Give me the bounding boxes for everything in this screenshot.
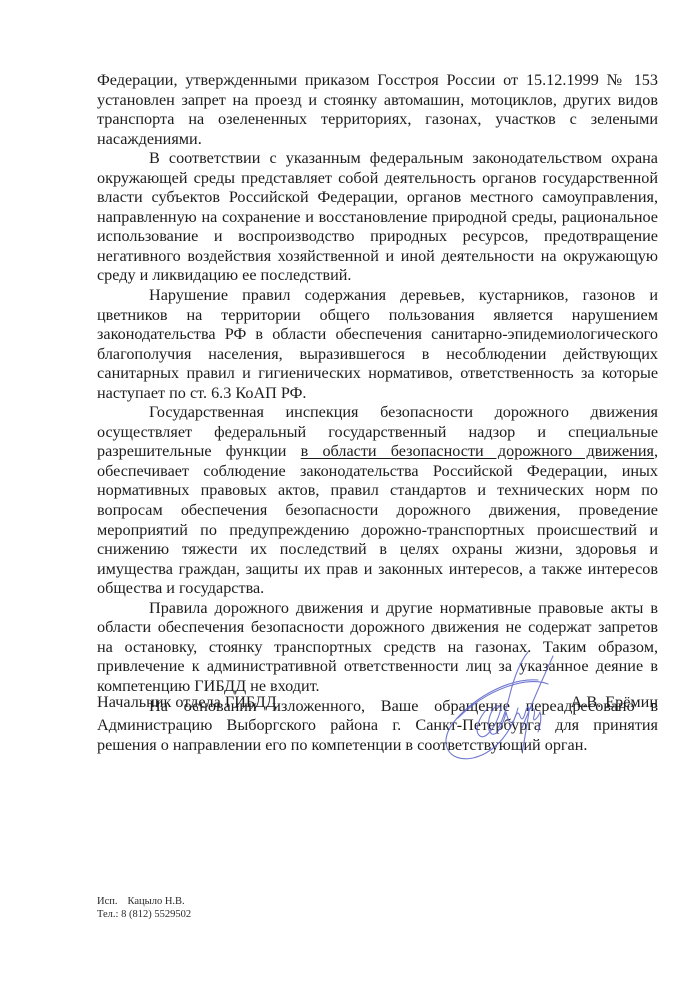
paragraph-1: Федерации, утвержденными приказом Госстр… — [97, 71, 658, 149]
signer-title: Начальник отдела ГИБДД — [97, 693, 277, 712]
letter-body: Федерации, утвержденными приказом Госстр… — [97, 71, 658, 755]
paragraph-2: В соответствии с указанным федеральным з… — [97, 149, 658, 286]
handwritten-signature-icon — [428, 648, 568, 768]
paragraph-4-end: , обеспечивает соблюдение законодательст… — [97, 442, 658, 597]
paragraph-5: Правила дорожного движения и другие норм… — [97, 599, 658, 697]
signer-name: А.В. Ерёмин — [571, 693, 658, 712]
executor-label: Исп. — [97, 896, 118, 907]
paragraph-4: Государственная инспекция безопасности д… — [97, 403, 658, 598]
executor-name: Кацыло Н.В. — [128, 896, 185, 907]
executor-phone: Тел.: 8 (812) 5529502 — [97, 909, 191, 922]
paragraph-3: Нарушение правил содержания деревьев, ку… — [97, 286, 658, 403]
executor-line: Исп.Кацыло Н.В. — [97, 896, 191, 909]
letter-page: Федерации, утвержденными приказом Госстр… — [0, 0, 700, 990]
signature-block: Начальник отдела ГИБДД А.В. Ерёмин — [97, 693, 658, 715]
executor-footer: Исп.Кацыло Н.В. Тел.: 8 (812) 5529502 — [97, 896, 191, 921]
underlined-phrase: в области безопасности дорожного движени… — [301, 442, 654, 460]
